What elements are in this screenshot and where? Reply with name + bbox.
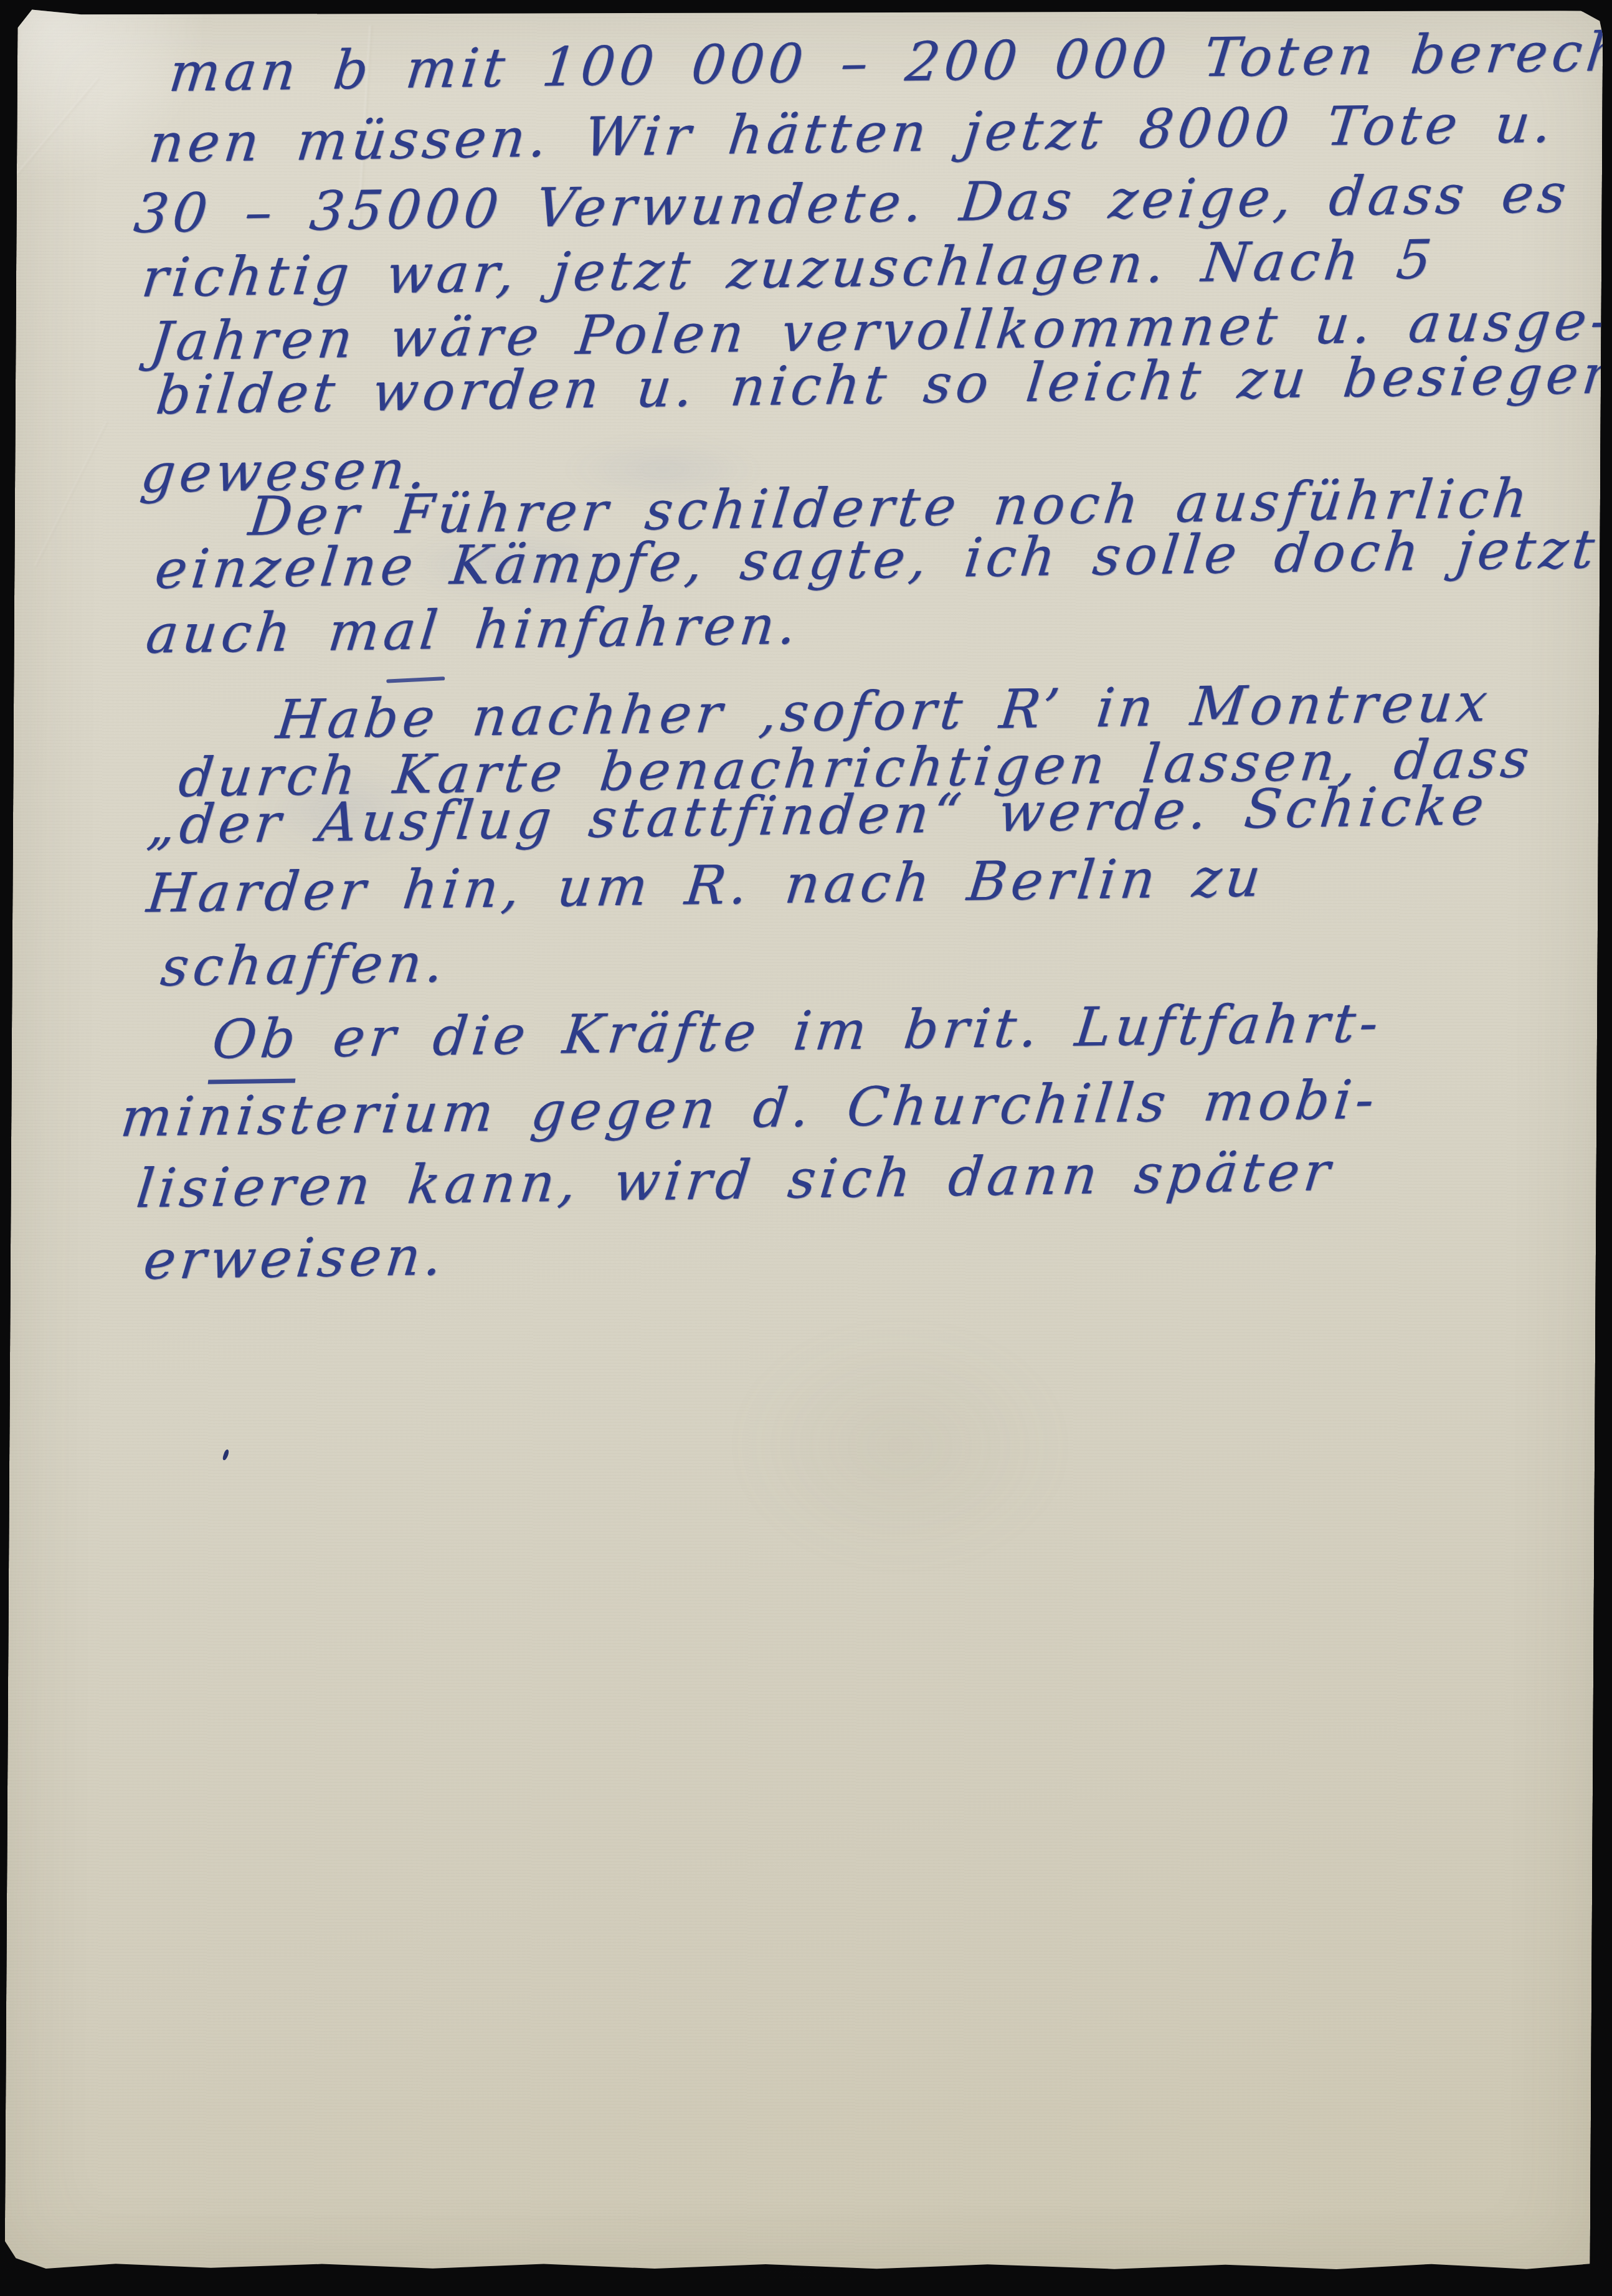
handwritten-line: Ob er die Kräfte im brit. Luftfahrt- bbox=[210, 996, 1385, 1066]
scanned-document-page: { "page": { "kind": "handwritten manuscr… bbox=[0, 0, 1612, 2296]
handwritten-line: schaffen. bbox=[158, 936, 450, 994]
handwritten-line: man b mit 100 000 – 200 000 Toten berech… bbox=[167, 25, 1612, 100]
paper-shading-smudge bbox=[725, 1314, 1075, 1577]
handwritten-line: lisieren kann, wird sich dann später bbox=[134, 1145, 1337, 1216]
handwritten-line: Harder hin, um R. nach Berlin zu bbox=[145, 851, 1268, 921]
paper-sheet: man b mit 100 000 – 200 000 Toten berech… bbox=[5, 2, 1603, 2284]
handwritten-line-rest: er die Kräfte im brit. Luftfahrt- bbox=[296, 992, 1385, 1070]
handwritten-line: erweisen. bbox=[141, 1230, 449, 1288]
paper-crease bbox=[34, 421, 108, 567]
handwritten-line: auch mal hinfahren. bbox=[143, 599, 803, 662]
handwritten-line: ministerium gegen d. Churchills mobi- bbox=[118, 1073, 1381, 1145]
handwritten-line: nen müssen. Wir hätten jetzt 8000 Tote u… bbox=[146, 97, 1558, 170]
underlined-word: Ob bbox=[208, 1007, 303, 1084]
ink-speck bbox=[222, 1449, 229, 1461]
stray-ink-dash bbox=[386, 676, 445, 683]
handwritten-line: richtig war, jetzt zuzuschlagen. Nach 5 bbox=[140, 233, 1438, 305]
